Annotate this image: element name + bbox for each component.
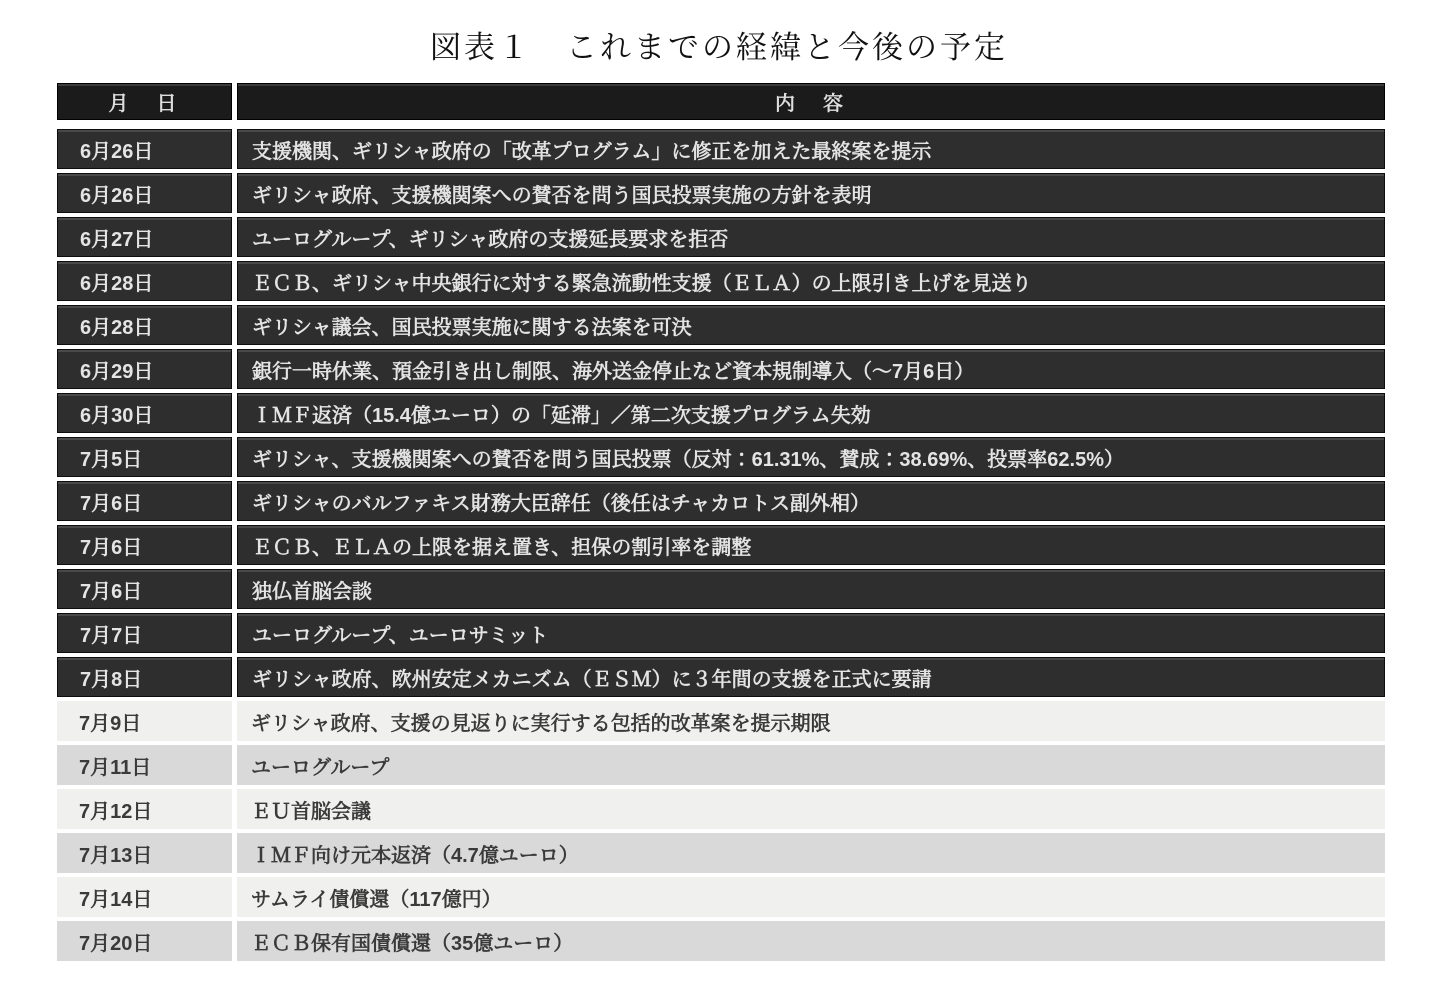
figure-page: 図表１ これまでの経緯と今後の予定 月 日 内 容 6月26日 支援機関、ギリシ… [0, 0, 1438, 995]
table-row: 7月12日 ＥＵ首脳会議 [57, 789, 1385, 829]
row-date-cell: 7月6日 [57, 525, 232, 565]
row-date-cell: 6月26日 [57, 173, 232, 213]
row-content-cell: ギリシャ政府、支援機関案への賛否を問う国民投票実施の方針を表明 [237, 173, 1385, 213]
table-row: 6月26日 支援機関、ギリシャ政府の「改革プログラム」に修正を加えた最終案を提示 [57, 129, 1385, 169]
row-content-cell: ギリシャのバルファキス財務大臣辞任（後任はチャカロトス副外相） [237, 481, 1385, 521]
table-row: 7月6日 ＥＣＢ、ＥＬＡの上限を据え置き、担保の割引率を調整 [57, 525, 1385, 565]
table-row: 6月26日 ギリシャ政府、支援機関案への賛否を問う国民投票実施の方針を表明 [57, 173, 1385, 213]
figure-title: 図表１ これまでの経緯と今後の予定 [0, 22, 1438, 67]
row-content-cell: 独仏首脳会談 [237, 569, 1385, 609]
row-date-cell: 7月6日 [57, 481, 232, 521]
row-content-cell: ギリシャ政府、欧州安定メカニズム（ＥＳＭ）に３年間の支援を正式に要請 [237, 657, 1385, 697]
row-content-cell: ＩＭＦ返済（15.4億ユーロ）の「延滞」／第二次支援プログラム失効 [237, 393, 1385, 433]
table-row: 6月30日 ＩＭＦ返済（15.4億ユーロ）の「延滞」／第二次支援プログラム失効 [57, 393, 1385, 433]
table-row: 7月13日 ＩＭＦ向け元本返済（4.7億ユーロ） [57, 833, 1385, 873]
table-row: 6月28日 ＥＣＢ、ギリシャ中央銀行に対する緊急流動性支援（ＥＬＡ）の上限引き上… [57, 261, 1385, 301]
row-date-cell: 7月20日 [57, 921, 232, 961]
row-content-cell: ギリシャ政府、支援の見返りに実行する包括的改革案を提示期限 [237, 701, 1385, 741]
row-content-cell: ユーログループ [237, 745, 1385, 785]
row-date-cell: 7月13日 [57, 833, 232, 873]
timeline-table: 月 日 内 容 6月26日 支援機関、ギリシャ政府の「改革プログラム」に修正を加… [57, 83, 1385, 965]
header-content-column: 内 容 [237, 83, 1385, 120]
row-date-cell: 7月5日 [57, 437, 232, 477]
table-row: 7月14日 サムライ債償還（117億円） [57, 877, 1385, 917]
table-row: 7月8日 ギリシャ政府、欧州安定メカニズム（ＥＳＭ）に３年間の支援を正式に要請 [57, 657, 1385, 697]
table-header-row: 月 日 内 容 [57, 83, 1385, 120]
row-content-cell: ＥＣＢ、ギリシャ中央銀行に対する緊急流動性支援（ＥＬＡ）の上限引き上げを見送り [237, 261, 1385, 301]
row-date-cell: 6月26日 [57, 129, 232, 169]
table-body: 6月26日 支援機関、ギリシャ政府の「改革プログラム」に修正を加えた最終案を提示… [57, 129, 1385, 961]
table-row: 7月6日 独仏首脳会談 [57, 569, 1385, 609]
row-date-cell: 6月28日 [57, 261, 232, 301]
table-row: 6月28日 ギリシャ議会、国民投票実施に関する法案を可決 [57, 305, 1385, 345]
header-date-column: 月 日 [57, 83, 232, 120]
row-date-cell: 7月11日 [57, 745, 232, 785]
row-date-cell: 6月27日 [57, 217, 232, 257]
row-date-cell: 7月7日 [57, 613, 232, 653]
table-row: 6月27日 ユーログループ、ギリシャ政府の支援延長要求を拒否 [57, 217, 1385, 257]
table-row: 7月7日 ユーログループ、ユーロサミット [57, 613, 1385, 653]
row-date-cell: 7月14日 [57, 877, 232, 917]
row-content-cell: ギリシャ議会、国民投票実施に関する法案を可決 [237, 305, 1385, 345]
table-row: 7月9日 ギリシャ政府、支援の見返りに実行する包括的改革案を提示期限 [57, 701, 1385, 741]
row-content-cell: ＥＵ首脳会議 [237, 789, 1385, 829]
row-content-cell: ユーログループ、ギリシャ政府の支援延長要求を拒否 [237, 217, 1385, 257]
row-date-cell: 6月30日 [57, 393, 232, 433]
row-date-cell: 7月6日 [57, 569, 232, 609]
row-date-cell: 7月8日 [57, 657, 232, 697]
row-date-cell: 7月9日 [57, 701, 232, 741]
table-row: 7月20日 ＥＣＢ保有国債償還（35億ユーロ） [57, 921, 1385, 961]
row-content-cell: サムライ債償還（117億円） [237, 877, 1385, 917]
row-content-cell: ユーログループ、ユーロサミット [237, 613, 1385, 653]
row-content-cell: ＩＭＦ向け元本返済（4.7億ユーロ） [237, 833, 1385, 873]
table-row: 6月29日 銀行一時休業、預金引き出し制限、海外送金停止など資本規制導入（～7月… [57, 349, 1385, 389]
row-content-cell: ＥＣＢ、ＥＬＡの上限を据え置き、担保の割引率を調整 [237, 525, 1385, 565]
row-date-cell: 6月29日 [57, 349, 232, 389]
table-row: 7月5日 ギリシャ、支援機関案への賛否を問う国民投票（反対：61.31%、賛成：… [57, 437, 1385, 477]
row-date-cell: 7月12日 [57, 789, 232, 829]
table-row: 7月11日 ユーログループ [57, 745, 1385, 785]
row-date-cell: 6月28日 [57, 305, 232, 345]
row-content-cell: 支援機関、ギリシャ政府の「改革プログラム」に修正を加えた最終案を提示 [237, 129, 1385, 169]
row-content-cell: 銀行一時休業、預金引き出し制限、海外送金停止など資本規制導入（～7月6日） [237, 349, 1385, 389]
row-content-cell: ＥＣＢ保有国債償還（35億ユーロ） [237, 921, 1385, 961]
row-content-cell: ギリシャ、支援機関案への賛否を問う国民投票（反対：61.31%、賛成：38.69… [237, 437, 1385, 477]
table-row: 7月6日 ギリシャのバルファキス財務大臣辞任（後任はチャカロトス副外相） [57, 481, 1385, 521]
